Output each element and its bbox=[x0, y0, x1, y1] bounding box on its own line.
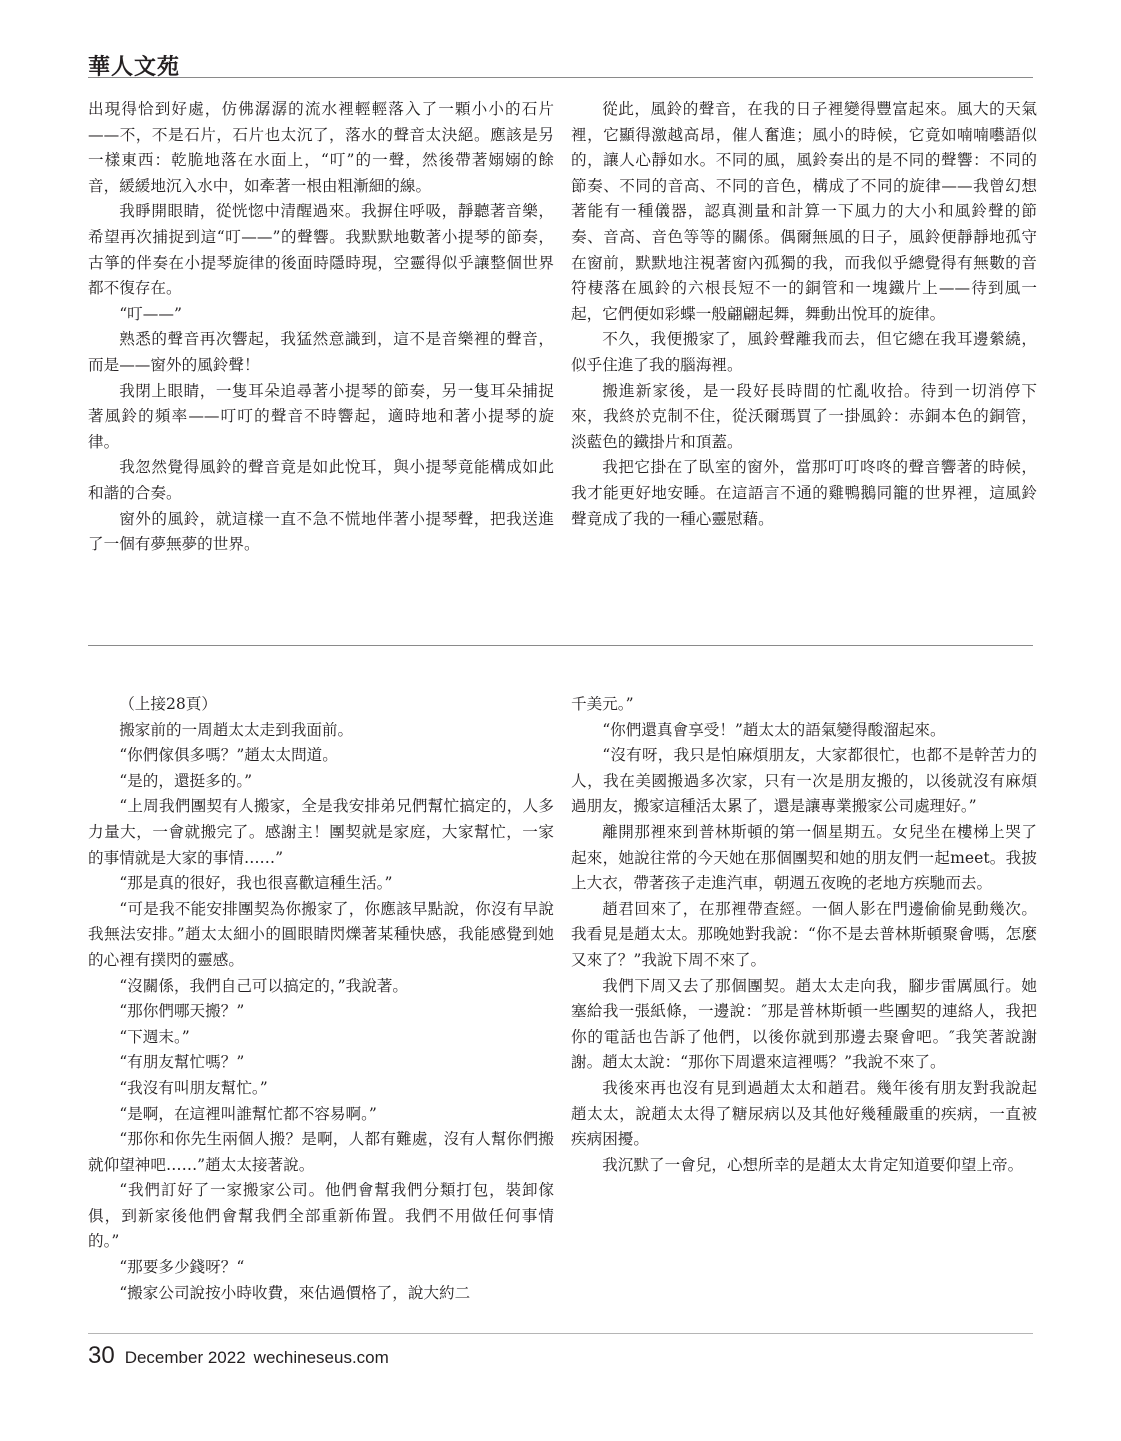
paragraph: 我忽然覺得風鈴的聲音竟是如此悅耳，與小提琴竟能構成如此和諧的合奏。 bbox=[88, 455, 554, 506]
paragraph: “那你們哪天搬？” bbox=[88, 999, 554, 1025]
paragraph: “有朋友幫忙嗎？” bbox=[88, 1050, 554, 1076]
paragraph: （上接28頁） bbox=[88, 692, 554, 718]
bottom-right-column: 千美元。” “你們還真會享受！”趙太太的語氣變得酸溜起來。 “沒有呀，我只是怕麻… bbox=[571, 692, 1037, 1178]
paragraph: 我們下周又去了那個團契。趙太太走向我，腳步雷厲風行。她塞給我一張紙條，一邊說：″… bbox=[571, 974, 1037, 1076]
paragraph: “上周我們團契有人搬家，全是我安排弟兄們幫忙搞定的，人多力量大，一會就搬完了。感… bbox=[88, 794, 554, 871]
paragraph: “那你和你先生兩個人搬？是啊，人都有難處，沒有人幫你們搬就仰望神吧……”趙太太接… bbox=[88, 1127, 554, 1178]
paragraph: 窗外的風鈴，就這樣一直不急不慌地伴著小提琴聲，把我送進了一個有夢無夢的世界。 bbox=[88, 507, 554, 558]
paragraph: “可是我不能安排團契為你搬家了，你應該早點說，你沒有早說我無法安排。”趙太太細小… bbox=[88, 897, 554, 974]
paragraph: 我把它掛在了臥室的窗外，當那叮叮咚咚的聲音響著的時候，我才能更好地安睡。在這語言… bbox=[571, 455, 1037, 532]
paragraph: 搬家前的一周趙太太走到我面前。 bbox=[88, 718, 554, 744]
issue-date: December 2022 bbox=[125, 1348, 246, 1368]
paragraph: 出現得恰到好處，仿佛潺潺的流水裡輕輕落入了一顆小小的石片——不，不是石片，石片也… bbox=[88, 97, 554, 199]
paragraph: 趙君回來了，在那裡帶查經。一個人影在門邊偷偷晃動幾次。我看見是趙太太。那晚她對我… bbox=[571, 897, 1037, 974]
paragraph: 離開那裡來到普林斯頓的第一個星期五。女兒坐在樓梯上哭了起來，她說往常的今天她在那… bbox=[571, 820, 1037, 897]
paragraph: “沒關係，我們自己可以搞定的，”我說著。 bbox=[88, 974, 554, 1000]
paragraph: “叮——” bbox=[88, 302, 554, 328]
paragraph: 熟悉的聲音再次響起，我猛然意識到，這不是音樂裡的聲音，而是——窗外的風鈴聲！ bbox=[88, 327, 554, 378]
paragraph: 我後來再也沒有見到過趙太太和趙君。幾年後有朋友對我說起趙太太，說趙太太得了糖尿病… bbox=[571, 1076, 1037, 1153]
paragraph: 千美元。” bbox=[571, 692, 1037, 718]
paragraph: “下週末。” bbox=[88, 1025, 554, 1051]
paragraph: 從此，風鈴的聲音，在我的日子裡變得豐富起來。風大的天氣裡，它顯得激越高昂，催人奮… bbox=[571, 97, 1037, 327]
paragraph: “那要多少錢呀？“ bbox=[88, 1255, 554, 1281]
paragraph: “是啊，在這裡叫誰幫忙都不容易啊。” bbox=[88, 1102, 554, 1128]
paragraph: “你們傢俱多嗎？”趙太太問道。 bbox=[88, 743, 554, 769]
top-right-column: 從此，風鈴的聲音，在我的日子裡變得豐富起來。風大的天氣裡，它顯得激越高昂，催人奮… bbox=[571, 97, 1037, 532]
bottom-left-column: （上接28頁） 搬家前的一周趙太太走到我面前。 “你們傢俱多嗎？”趙太太問道。 … bbox=[88, 692, 554, 1306]
paragraph: 我閉上眼睛，一隻耳朵追尋著小提琴的節奏，另一隻耳朵捕捉著風鈴的頻率——叮叮的聲音… bbox=[88, 379, 554, 456]
top-left-column: 出現得恰到好處，仿佛潺潺的流水裡輕輕落入了一顆小小的石片——不，不是石片，石片也… bbox=[88, 97, 554, 558]
paragraph: 我睜開眼睛，從恍惚中清醒過來。我摒住呼吸，靜聽著音樂，希望再次捕捉到這“叮——”… bbox=[88, 199, 554, 301]
paragraph: “那是真的很好，我也很喜歡這種生活。” bbox=[88, 871, 554, 897]
paragraph: “搬家公司說按小時收費，來估過價格了，說大約二 bbox=[88, 1281, 554, 1307]
page-footer: 30 December 2022 wechineseus.com bbox=[88, 1342, 389, 1370]
footer-rule bbox=[88, 1333, 1033, 1334]
paragraph: “沒有呀，我只是怕麻煩朋友，大家都很忙，也都不是幹苦力的人，我在美國搬過多次家，… bbox=[571, 743, 1037, 820]
section-divider bbox=[88, 645, 1033, 646]
paragraph: 我沉默了一會兒，心想所幸的是趙太太肯定知道要仰望上帝。 bbox=[571, 1153, 1037, 1179]
page-number: 30 bbox=[88, 1342, 115, 1370]
website-url: wechineseus.com bbox=[254, 1348, 389, 1368]
paragraph: “是的，還挺多的。” bbox=[88, 769, 554, 795]
paragraph: “我沒有叫朋友幫忙。” bbox=[88, 1076, 554, 1102]
header-rule bbox=[88, 77, 1033, 78]
paragraph: 搬進新家後，是一段好長時間的忙亂收拾。待到一切消停下來，我終於克制不住，從沃爾瑪… bbox=[571, 379, 1037, 456]
paragraph: 不久，我便搬家了，風鈴聲離我而去，但它總在我耳邊縈繞，似乎住進了我的腦海裡。 bbox=[571, 327, 1037, 378]
paragraph: “你們還真會享受！”趙太太的語氣變得酸溜起來。 bbox=[571, 718, 1037, 744]
paragraph: “我們訂好了一家搬家公司。他們會幫我們分類打包，裝卸傢俱，到新家後他們會幫我們全… bbox=[88, 1178, 554, 1255]
